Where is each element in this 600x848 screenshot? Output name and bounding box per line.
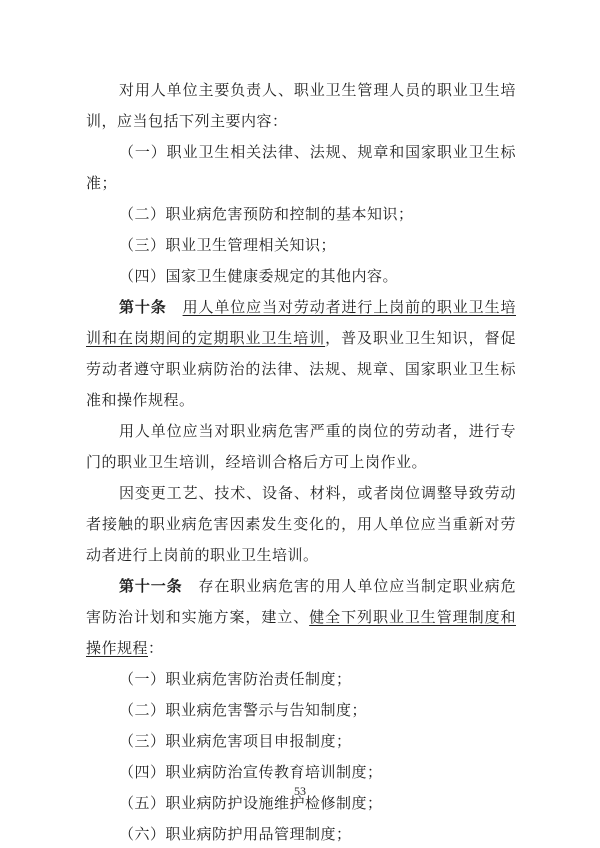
article-number: 第十一条 (119, 579, 183, 595)
list-item-3: （三）职业卫生管理相关知识； (86, 231, 516, 262)
list-item-1: （一）职业病危害防治责任制度； (86, 665, 516, 696)
list-item-text: （一）职业病危害防治责任制度； (119, 672, 352, 688)
paragraph-article-11: 第十一条 存在职业病危害的用人单位应当制定职业病危害防治计划和实施方案，建立、健… (86, 572, 516, 665)
document-page: 对用人单位主要负责人、职业卫生管理人员的职业卫生培训，应当包括下列主要内容： （… (0, 0, 600, 848)
paragraph-article-10: 第十条 用人单位应当对劳动者进行上岗前的职业卫生培训和在岗期间的定期职业卫生培训… (86, 293, 516, 417)
list-item-text: （一）职业卫生相关法律、法规、规章和国家职业卫生标准； (86, 145, 516, 192)
list-item-text: （三）职业病危害项目申报制度； (119, 734, 352, 750)
paragraph-intro: 对用人单位主要负责人、职业卫生管理人员的职业卫生培训，应当包括下列主要内容： (86, 76, 516, 138)
list-item-2: （二）职业病危害预防和控制的基本知识； (86, 200, 516, 231)
list-item-text: （四）职业病防治宣传教育培训制度； (119, 765, 383, 781)
page-number: 53 (0, 783, 600, 799)
list-item-text: （六）职业病防护用品管理制度； (119, 827, 352, 843)
paragraph-text: 对用人单位主要负责人、职业卫生管理人员的职业卫生培训，应当包括下列主要内容： (86, 83, 516, 130)
list-item-text: （二）职业病危害预防和控制的基本知识； (119, 207, 414, 223)
list-item-text: （二）职业病危害警示与告知制度； (119, 703, 367, 719)
spacer-text (167, 300, 183, 316)
document-body: 对用人单位主要负责人、职业卫生管理人员的职业卫生培训，应当包括下列主要内容： （… (86, 76, 516, 848)
paragraph-article-10-sub-2: 用人单位应当对职业病危害严重的岗位的劳动者，进行专门的职业卫生培训，经培训合格后… (86, 417, 516, 479)
list-item-3: （三）职业病危害项目申报制度； (86, 727, 516, 758)
paragraph-text: 用人单位应当对职业病危害严重的岗位的劳动者，进行专门的职业卫生培训，经培训合格后… (86, 424, 516, 471)
list-item-text: （三）职业卫生管理相关知识； (119, 238, 336, 254)
list-item-2: （二）职业病危害警示与告知制度； (86, 696, 516, 727)
paragraph-text: 因变更工艺、技术、设备、材料，或者岗位调整导致劳动者接触的职业病危害因素发生变化… (86, 486, 516, 564)
list-item-text: （四）国家卫生健康委规定的其他内容。 (119, 269, 398, 285)
paragraph-article-10-sub-3: 因变更工艺、技术、设备、材料，或者岗位调整导致劳动者接触的职业病危害因素发生变化… (86, 479, 516, 572)
article-number: 第十条 (119, 300, 167, 316)
list-item-1: （一）职业卫生相关法律、法规、规章和国家职业卫生标准； (86, 138, 516, 200)
paragraph-text: ： (148, 641, 164, 657)
list-item-6: （六）职业病防护用品管理制度； (86, 820, 516, 848)
list-item-4: （四）国家卫生健康委规定的其他内容。 (86, 262, 516, 293)
